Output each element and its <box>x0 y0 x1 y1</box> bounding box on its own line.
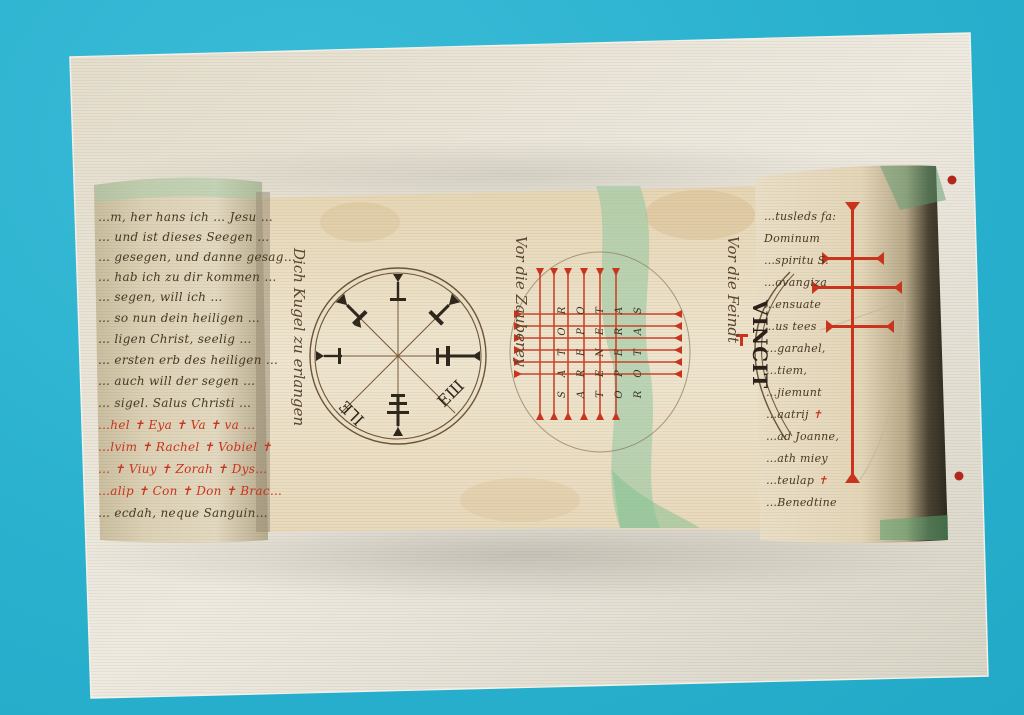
sator-letter: E <box>591 321 610 342</box>
sator-letter: A <box>572 384 591 405</box>
manuscript-line: Dominum <box>764 232 820 245</box>
manuscript-line: … ersten erb des heiligen … <box>98 353 278 367</box>
manuscript-line: … ligen Christ, seelig … <box>98 332 252 346</box>
sator-letter: T <box>591 384 610 405</box>
sator-letter: R <box>553 300 572 321</box>
sator-letter: S <box>629 300 648 321</box>
sator-letter: E <box>591 363 610 384</box>
manuscript-line: … so nun dein heiligen … <box>98 311 260 325</box>
manuscript-line: … und ist dieses Seegen … <box>98 230 270 244</box>
manuscript-line: …ensuate <box>764 298 821 311</box>
manuscript-line: …m, her hans ich … Jesu … <box>98 210 273 224</box>
caption-panel-3: Vor die Feindt <box>724 236 742 343</box>
sator-letter: P <box>572 321 591 342</box>
red-cross-mark: ✝ <box>813 408 823 421</box>
manuscript-line: …tusleds fa: <box>764 210 836 223</box>
sator-letter: A <box>610 300 629 321</box>
sator-letter: O <box>553 321 572 342</box>
manuscript-line: … gesegen, und danne gesag… <box>98 250 296 264</box>
red-cross-mark: ✝ <box>818 474 828 487</box>
manuscript-line: …jiemunt <box>766 386 822 399</box>
manuscript-line: … segen, will ich … <box>98 290 223 304</box>
sator-letter: A <box>629 321 648 342</box>
manuscript-line: …hel ✝ Eya ✝ Va ✝ va … <box>98 418 255 432</box>
postcard: ƎꓶI ЕШ <box>0 0 1024 715</box>
manuscript-line: …garahel, <box>766 342 826 355</box>
sator-letter: O <box>610 384 629 405</box>
manuscript-line: … hab ich zu dir kommen … <box>98 270 277 284</box>
manuscript-line: …ad Joanne, <box>766 430 839 443</box>
manuscript-text: …teulap <box>766 474 814 487</box>
sator-letter: R <box>610 321 629 342</box>
manuscript-line: …spiritu S. <box>764 254 829 267</box>
sator-letter: N <box>591 342 610 363</box>
sator-letter: T <box>591 300 610 321</box>
sator-letter: T <box>553 342 572 363</box>
manuscript-line: … ✝ Viuy ✝ Zorah ✝ Dys… <box>98 462 268 476</box>
sator-letter: E <box>572 342 591 363</box>
manuscript-line: …us tees <box>764 320 817 333</box>
sator-letter: O <box>572 300 591 321</box>
sator-square: SATOR AREPO TENET OPERA ROTAS <box>553 300 648 405</box>
manuscript-line: …alip ✝ Con ✝ Don ✝ Brac… <box>98 484 282 498</box>
sator-letter: O <box>629 363 648 384</box>
manuscript-line: …Benedtine <box>766 496 837 509</box>
manuscript-line: … sigel. Salus Christi … <box>98 396 251 410</box>
sator-letter: S <box>553 384 572 405</box>
manuscript-text: …aatrij <box>766 408 809 421</box>
sator-letter: E <box>610 342 629 363</box>
caption-panel-2: Vor die Zauberey <box>512 236 530 367</box>
manuscript-line: …teulap ✝ <box>766 474 828 487</box>
manuscript-line: … ecdah, neque Sanguin… <box>98 506 268 520</box>
manuscript-line: …aatrij ✝ <box>766 408 822 421</box>
manuscript-line: …tiem, <box>766 364 807 377</box>
manuscript-line: …ath miey <box>766 452 828 465</box>
sator-letter: R <box>572 363 591 384</box>
caption-panel-1: Dich Kugel zu erlangen <box>290 248 308 426</box>
manuscript-line: …lvim ✝ Rachel ✝ Vobiel ✝ <box>98 440 272 454</box>
sator-letter: A <box>553 363 572 384</box>
manuscript-line: …ovangiza <box>764 276 827 289</box>
sator-letter: P <box>610 363 629 384</box>
sator-letter: R <box>629 384 648 405</box>
sator-letter: T <box>629 342 648 363</box>
manuscript-line: … auch will der segen … <box>98 374 255 388</box>
